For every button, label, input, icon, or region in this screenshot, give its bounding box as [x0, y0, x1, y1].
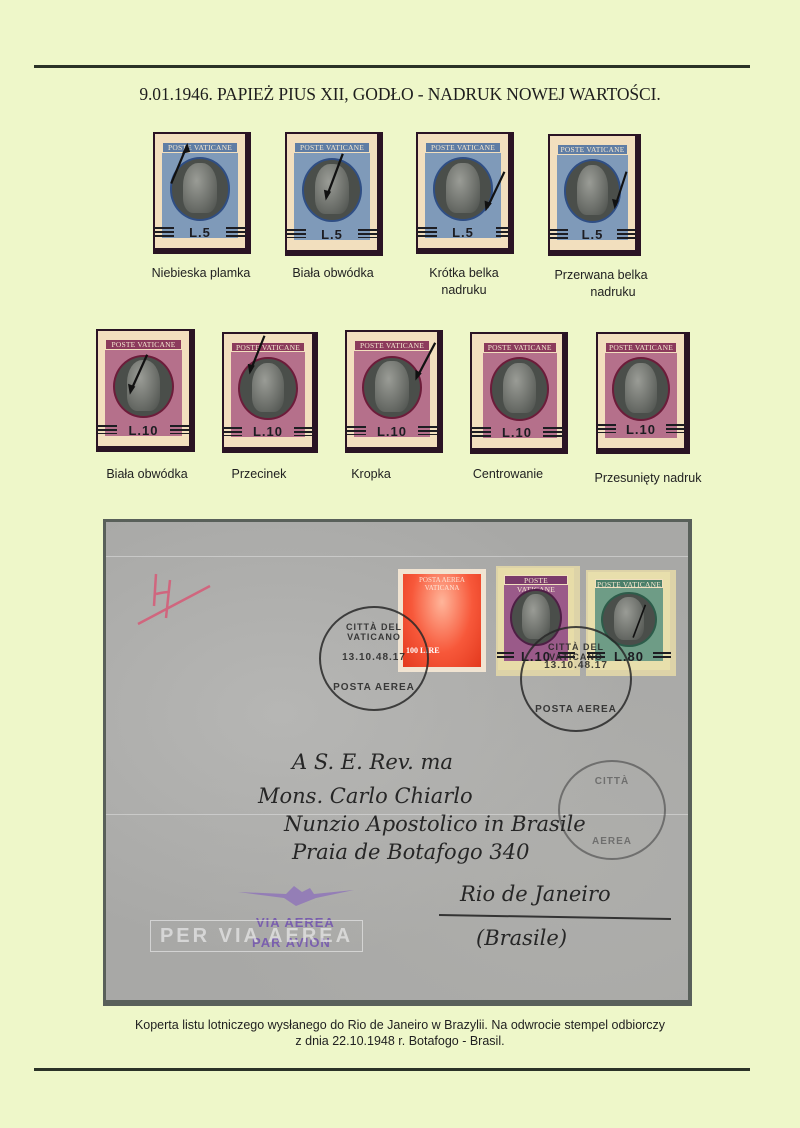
- stamp-caption: Przecinek: [198, 466, 320, 483]
- address-underline: [439, 914, 671, 920]
- address-line-2: Mons. Carlo Chiarlo: [258, 784, 473, 808]
- top-rule: [34, 65, 750, 68]
- pope-portrait: [127, 360, 161, 410]
- pope-portrait: [614, 597, 644, 640]
- pope-portrait: [183, 163, 216, 213]
- manuscript-mark: [136, 562, 226, 632]
- stamp-row2-5: POSTE VATICANE L.10: [596, 332, 690, 454]
- address-line-6: (Brasile): [476, 926, 567, 950]
- stamp-banner: POSTE VATICANE: [483, 342, 557, 353]
- stamp-banner: POSTE VATICANE: [425, 142, 501, 153]
- page-title: 9.01.1946. PAPIEŻ PIUS XII, GODŁO - NADR…: [0, 84, 800, 105]
- stamp-row2-4: POSTE VATICANE L.10: [470, 332, 568, 454]
- stamp-row1-3: POSTE VATICANE L.5: [416, 132, 514, 254]
- airmail-envelope: POSTA AEREA VATICANA 100 LIRE POSTE VATI…: [103, 519, 692, 1006]
- stamp-caption: Krótka belkanadruku: [403, 265, 525, 299]
- address-line-3: Nunzio Apostolico in Brasile: [284, 812, 586, 836]
- stamp-caption: Biała obwódka: [272, 265, 394, 282]
- stamp-banner: POSTE VATICANE: [162, 142, 238, 153]
- stamp-image: POSTE VATICANE L.10: [222, 332, 318, 453]
- stamp-caption: Niebieska plamka: [140, 265, 262, 282]
- stamp-banner: POSTE VATICANE: [605, 342, 677, 353]
- stamp-row1-4: POSTE VATICANE L.5: [548, 134, 641, 256]
- postmark-center: CITTÀ DEL VATICANO 13.10.48.17 POSTA AER…: [520, 626, 632, 732]
- postmark-left: CITTÀ DEL VATICANO 13.10.48.17 POSTA AER…: [319, 606, 429, 711]
- stamp-caption: Centrowanie: [447, 466, 569, 483]
- stamp-caption: Kropka: [310, 466, 432, 483]
- stamp-image: POSTE VATICANE L.10: [96, 329, 195, 452]
- per-via-aerea-label: PER VIA AEREA: [150, 920, 363, 952]
- overprint: L.5: [548, 227, 636, 242]
- stamp-banner: POSTE VATICANE: [557, 144, 628, 155]
- stamp-row1-2: POSTE VATICANE L.5: [285, 132, 383, 256]
- stamp-row2-1: POSTE VATICANE L.10: [96, 329, 195, 452]
- stamp-banner: POSTE VATICANE: [354, 340, 430, 351]
- overprint: L.5: [416, 225, 510, 240]
- stamp-caption: Przesunięty nadruk: [583, 470, 713, 487]
- pope-portrait: [503, 363, 535, 413]
- stamp-image: POSTE VATICANE L.5: [548, 134, 641, 256]
- stamp-caption: Przerwana belkanadruku: [540, 267, 662, 301]
- envelope-caption: Koperta listu lotniczego wysłanego do Ri…: [0, 1017, 800, 1049]
- overprint: L.10: [596, 422, 685, 437]
- airplane-icon: [236, 882, 356, 912]
- overprint: L.5: [153, 225, 247, 240]
- overprint: L.10: [96, 423, 191, 438]
- address-line-1: A S. E. Rev. ma: [292, 750, 453, 774]
- pope-portrait: [577, 165, 608, 215]
- pope-portrait: [252, 363, 285, 412]
- pope-portrait: [446, 163, 479, 213]
- pope-portrait: [315, 164, 348, 215]
- overprint: L.10: [222, 424, 314, 439]
- stamp-caption: Biała obwódka: [86, 466, 208, 483]
- address-line-5: Rio de Janeiro: [460, 882, 611, 906]
- stamp-banner: POSTE VATICANE: [231, 342, 305, 352]
- stamp-banner: POSTE VATICANE: [294, 142, 370, 153]
- stamp-row2-3: POSTE VATICANE L.10: [345, 330, 443, 453]
- pope-portrait: [522, 594, 550, 639]
- stamp-banner: POSTE VATICANE: [105, 339, 181, 350]
- stamp-image: POSTE VATICANE L.5: [416, 132, 514, 254]
- stamp-image: POSTE VATICANE L.10: [596, 332, 690, 454]
- address-line-4: Praia de Botafogo 340: [292, 840, 529, 864]
- stamp-row1-1: POSTE VATICANE L.5: [153, 132, 251, 254]
- stamp-row2-2: POSTE VATICANE L.10: [222, 332, 318, 453]
- stamp-image: POSTE VATICANE L.5: [153, 132, 251, 254]
- stamp-image: POSTE VATICANE L.5: [285, 132, 383, 256]
- stamp-image: POSTE VATICANE L.10: [470, 332, 568, 454]
- pope-portrait: [375, 361, 408, 411]
- overprint: L.10: [470, 425, 564, 440]
- overprint: L.10: [345, 424, 439, 439]
- stamp-image: POSTE VATICANE L.10: [345, 330, 443, 453]
- pope-portrait: [625, 363, 657, 413]
- bottom-rule: [34, 1068, 750, 1071]
- postmark-right: CITTÀ AEREA: [558, 760, 666, 860]
- overprint: L.5: [285, 227, 379, 242]
